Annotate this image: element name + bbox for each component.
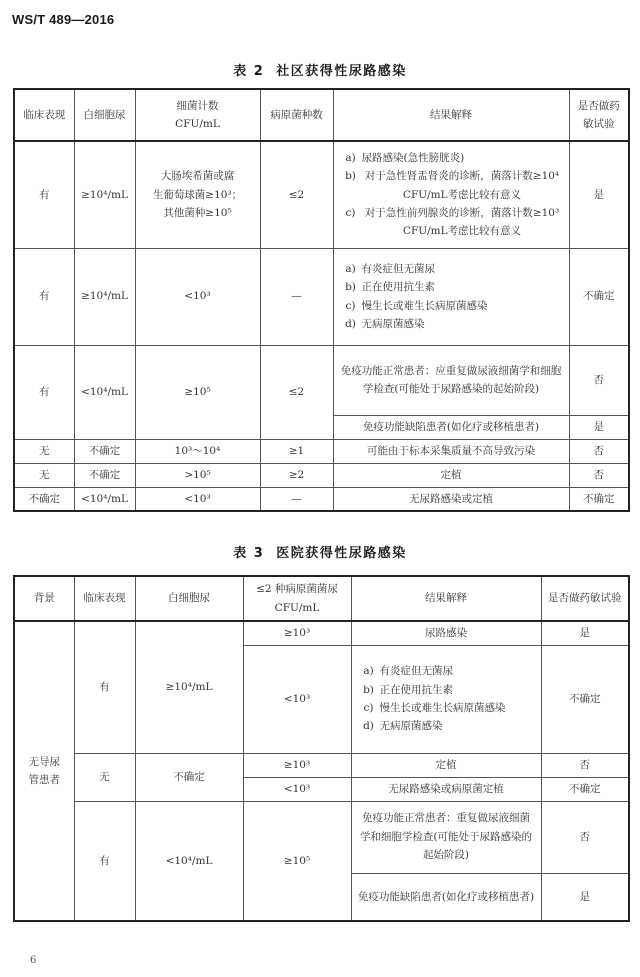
col-species: 病原菌种数 — [260, 89, 333, 141]
table-row: 有 ≥10⁴/mL <10³ — a)有炎症但无菌尿 b)正在使用抗生素 c)慢… — [14, 248, 629, 345]
table2-number: 表 2 — [233, 64, 264, 79]
table-header-row: 临床表现 白细胞尿 细菌计数CFU/mL 病原菌种数 结果解释 是否做药敏试验 — [14, 89, 629, 141]
col-clinical: 临床表现 — [74, 576, 135, 621]
cell-interpretation: a)有炎症但无菌尿 b)正在使用抗生素 c)慢生长或难生长病原菌感染 d)无病原… — [351, 645, 541, 753]
table-row: 无 不确定 ≥10³ 定植 否 — [14, 753, 629, 777]
table-community-acquired-uti: 临床表现 白细胞尿 细菌计数CFU/mL 病原菌种数 结果解释 是否做药敏试验 … — [13, 88, 630, 512]
cell-clinical: 有 — [14, 141, 74, 248]
table2-title-text: 社区获得性尿路感染 — [276, 64, 407, 79]
col-interpretation: 结果解释 — [333, 89, 569, 141]
table-row: 有 <10⁴/mL ≥10⁵ ≤2 免疫功能正常患者：应重复做尿液细菌学和细胞学… — [14, 345, 629, 415]
table-row: 有 ≥10⁴/mL 大肠埃希菌或腐 生葡萄球菌≥10³； 其他菌种≥10⁵ ≤2… — [14, 141, 629, 248]
standard-code: WS/T 489—2016 — [12, 12, 114, 27]
table-hospital-acquired-uti: 背景 临床表现 白细胞尿 ≤2 种病原菌菌尿CFU/mL 结果解释 是否做药敏试… — [13, 575, 630, 922]
col-ast: 是否做药敏试验 — [541, 576, 629, 621]
cell-interpretation: a)尿路感染(急性膀胱炎) b)对于急性肾盂肾炎的诊断，菌落计数≥10⁴ CFU… — [333, 141, 569, 248]
col-count: ≤2 种病原菌菌尿CFU/mL — [243, 576, 351, 621]
col-ast: 是否做药敏试验 — [569, 89, 629, 141]
table-row: 有 <10⁴/mL ≥10⁵ 免疫功能正常患者：重复做尿液细菌学和细胞学检查(可… — [14, 801, 629, 873]
cell-wbc: ≥10⁴/mL — [74, 141, 135, 248]
col-wbc: 白细胞尿 — [135, 576, 243, 621]
col-interpretation: 结果解释 — [351, 576, 541, 621]
table2-title: 表 2社区获得性尿路感染 — [0, 60, 640, 79]
col-clinical: 临床表现 — [14, 89, 74, 141]
col-background: 背景 — [14, 576, 74, 621]
cell-interpretation: a)有炎症但无菌尿 b)正在使用抗生素 c)慢生长或难生长病原菌感染 d)无病原… — [333, 248, 569, 345]
cell-ast: 是 — [569, 141, 629, 248]
table-row: 无 不确定 10³～10⁴ ≥1 可能由于标本采集质量不高导致污染 否 — [14, 439, 629, 463]
col-count: 细菌计数CFU/mL — [135, 89, 260, 141]
col-wbc: 白细胞尿 — [74, 89, 135, 141]
table-row: 无导尿管患者 有 ≥10⁴/mL ≥10³ 尿路感染 是 — [14, 621, 629, 645]
table3-number: 表 3 — [233, 546, 264, 561]
cell-background: 无导尿管患者 — [14, 621, 74, 921]
table3-title: 表 3医院获得性尿路感染 — [0, 542, 640, 561]
table-row: 不确定 <10⁴/mL <10³ — 无尿路感染或定植 不确定 — [14, 487, 629, 511]
table-header-row: 背景 临床表现 白细胞尿 ≤2 种病原菌菌尿CFU/mL 结果解释 是否做药敏试… — [14, 576, 629, 621]
cell-count: 大肠埃希菌或腐 生葡萄球菌≥10³； 其他菌种≥10⁵ — [135, 141, 260, 248]
cell-species: ≤2 — [260, 141, 333, 248]
table3-title-text: 医院获得性尿路感染 — [276, 546, 407, 561]
table-row: 无 不确定 >10⁵ ≥2 定植 否 — [14, 463, 629, 487]
page-number: 6 — [30, 955, 36, 966]
